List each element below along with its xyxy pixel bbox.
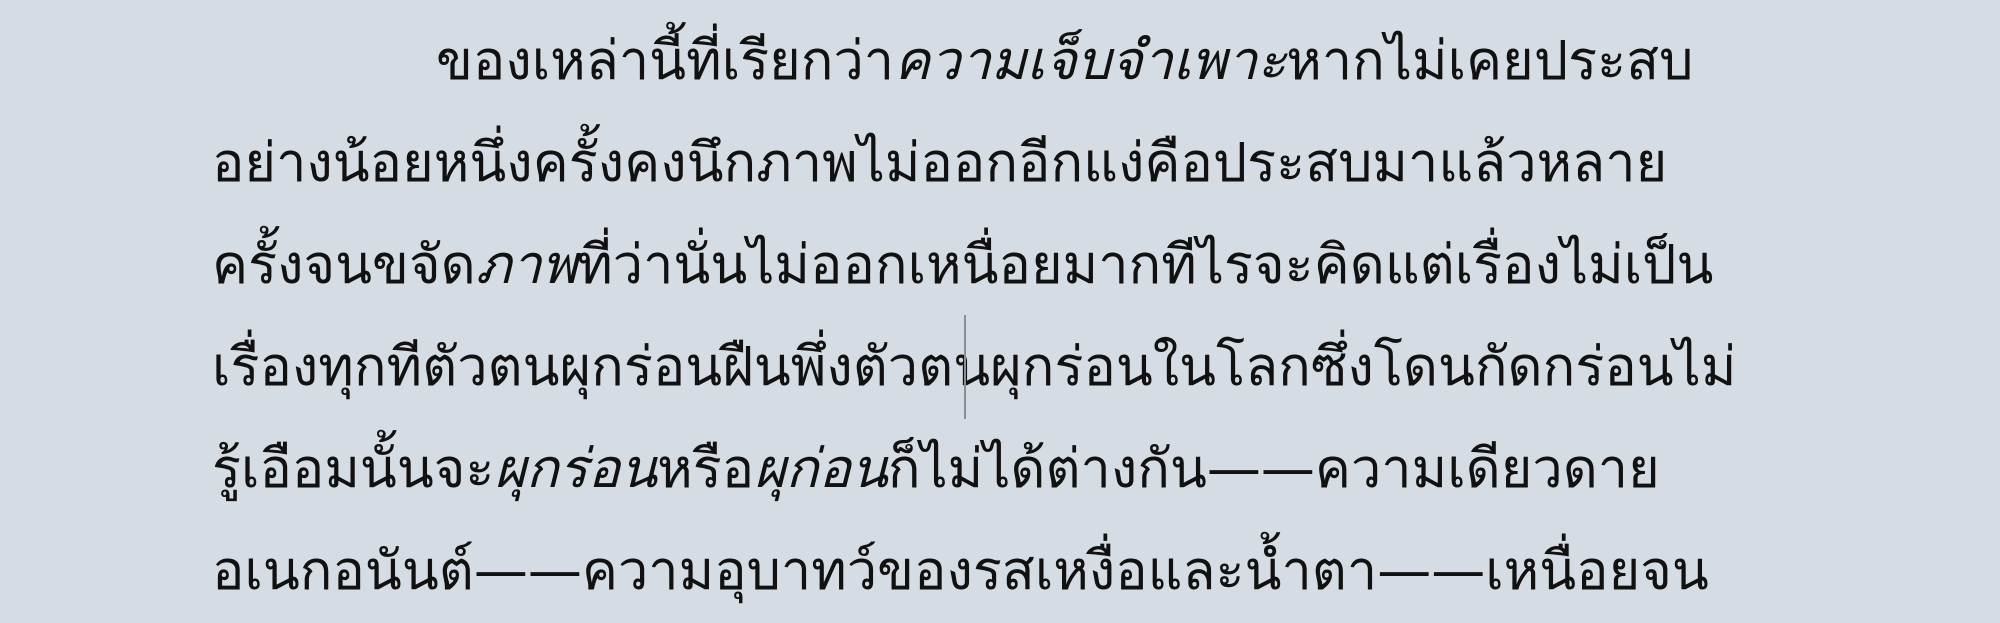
text-segment: เหนื่อยมากทีไรจะคิดแต่เรื่องไม่เป็น [908, 214, 1714, 316]
emphasis-text: ผุกร่อน [494, 437, 657, 500]
reader-page: ของเหล่านี้ที่เรียกว่าความเจ็บจำเพาะ หาก… [0, 0, 2000, 623]
text-segment: ก็ไม่ได้ต่างกัน——ความเดียวดาย [888, 437, 1660, 500]
emphasis-text: ผุก่อน [754, 437, 888, 500]
text-line-1: ของเหล่านี้ที่เรียกว่าความเจ็บจำเพาะ หาก… [212, 10, 1632, 112]
text-segment: อีกแง่คือประสบมาแล้วหลาย [1018, 112, 1667, 214]
text-segment: ตัวตนผุกร่อนฝืนพึ่งตัวตนผุกร่อนในโลกซึ่ง… [422, 316, 1736, 418]
text-line-3: ครั้งจนขจัดภาพที่ว่านั่นไม่ออก เหนื่อยมา… [212, 214, 1632, 316]
text-segment: ครั้งจนขจัด [212, 233, 476, 296]
text-segment: ที่ว่านั่นไม่ออก [577, 233, 907, 296]
text-segment: หรือ [657, 437, 754, 500]
text-line-6: อเนกอนันต์——ความอุบาทว์ของรสเหงื่อและน้ำ… [212, 520, 1632, 622]
emphasis-text: ภาพ [476, 233, 578, 296]
text-segment: อเนกอนันต์——ความอุบาทว์ของรสเหงื่อและน้ำ… [212, 520, 1709, 622]
text-segment: เรื่องทุกที [212, 316, 422, 418]
text-segment: อย่างน้อยหนึ่งครั้งคงนึกภาพไม่ออก [212, 112, 1018, 214]
text-line-4: เรื่องทุกที ตัวตนผุกร่อนฝืนพึ่งตัวตนผุกร… [212, 316, 1632, 418]
emphasis-text: ความเจ็บจำเพาะ [894, 29, 1286, 92]
text-line-2: อย่างน้อยหนึ่งครั้งคงนึกภาพไม่ออก อีกแง่… [212, 112, 1632, 214]
text-line-5: รู้เอือมนั้นจะผุกร่อนหรือผุก่อนก็ไม่ได้ต… [212, 418, 1632, 520]
text-segment: ของเหล่านี้ที่เรียกว่า [436, 29, 894, 92]
text-segment: รู้เอือมนั้นจะ [212, 437, 494, 500]
text-caret [964, 315, 966, 419]
text-segment: หากไม่เคยประสบ [1286, 10, 1693, 112]
